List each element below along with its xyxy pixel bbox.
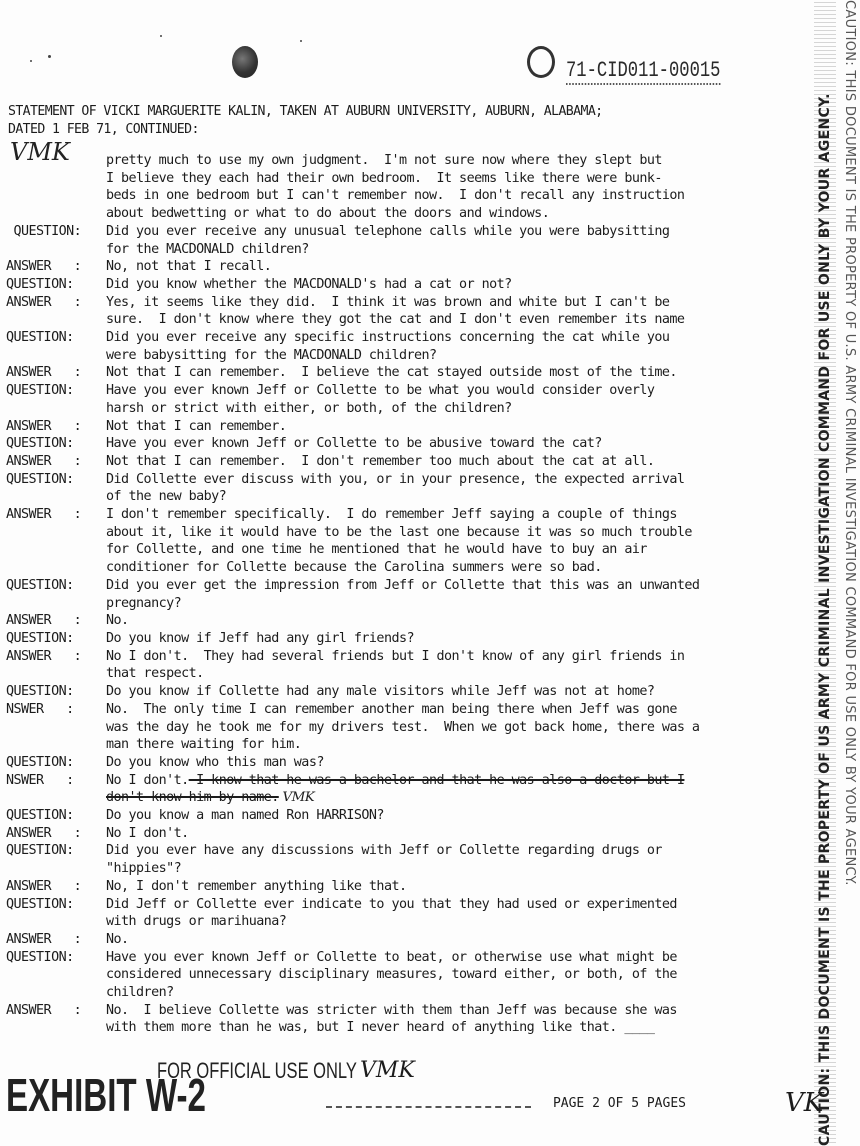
line-text: pretty much to use my own judgment. I'm … (106, 152, 811, 170)
struck-text: don't know him by name. (106, 790, 279, 805)
stamp-initials: VMK (360, 1058, 415, 1083)
transcript-line: with drugs or marihuana? (6, 913, 811, 931)
label-spacer (6, 152, 106, 170)
line-text: for Collette, and one time he mentioned … (106, 541, 811, 559)
transcript-line: sure. I don't know where they got the ca… (6, 311, 811, 329)
question-label: QUESTION: (6, 842, 106, 860)
label-spacer (6, 541, 106, 559)
question-label: QUESTION: (6, 276, 106, 294)
transcript-line: QUESTION:Did you ever have any discussio… (6, 842, 811, 860)
transcript-line: QUESTION:Do you know a man named Ron HAR… (6, 807, 811, 825)
line-text: No. (106, 931, 811, 949)
transcript-line: don't know him by name. VMK (6, 789, 811, 807)
transcript-line: pretty much to use my own judgment. I'm … (6, 152, 811, 170)
speck (300, 40, 302, 42)
line-text: Yes, it seems like they did. I think it … (106, 294, 811, 312)
caution-sidebar-mirror: CAUTION: THIS DOCUMENT IS THE PROPERTY O… (838, 0, 860, 1146)
line-text: No, not that I recall. (106, 258, 811, 276)
transcript-line: conditioner for Collette because the Car… (6, 559, 811, 577)
line-text: about it, like it would have to be the l… (106, 524, 811, 542)
struck-text: I know that he was a bachelor and that h… (189, 773, 685, 788)
line-text: Do you know who this man was? (106, 754, 811, 772)
answer-label: ANSWER : (6, 453, 106, 471)
transcript-line: "hippies"? (6, 860, 811, 878)
question-label: QUESTION: (6, 683, 106, 701)
transcript-line: beds in one bedroom but I can't remember… (6, 187, 811, 205)
transcript-line: harsh or strict with either, or both, of… (6, 400, 811, 418)
transcript-line: for Collette, and one time he mentioned … (6, 541, 811, 559)
line-text: Do you know a man named Ron HARRISON? (106, 807, 811, 825)
transcript-line: about bedwetting or what to do about the… (6, 205, 811, 223)
line-text: No. (106, 612, 811, 630)
transcript-line: ANSWER :Not that I can remember. (6, 418, 811, 436)
transcript-line: QUESTION:Did you ever receive any specif… (6, 329, 811, 347)
answer-label: NSWER : (6, 701, 106, 719)
transcript-line: QUESTION:Have you ever known Jeff or Col… (6, 435, 811, 453)
page-number: PAGE 2 OF 5 PAGES (553, 1096, 686, 1111)
line-text: Not that I can remember. (106, 418, 811, 436)
transcript-line: QUESTION:Did you ever get the impression… (6, 577, 811, 595)
line-text: No. I believe Collette was stricter with… (106, 1002, 811, 1020)
line-text: Did you ever get the impression from Jef… (106, 577, 811, 595)
label-spacer (6, 187, 106, 205)
line-text: were babysitting for the MACDONALD child… (106, 347, 811, 365)
transcript-line: ANSWER :No. (6, 931, 811, 949)
line-text: that respect. (106, 665, 811, 683)
answer-label: ANSWER : (6, 1002, 106, 1020)
transcript-line: QUESTION:Did Collette ever discuss with … (6, 471, 811, 489)
transcript-line: was the day he took me for my drivers te… (6, 719, 811, 737)
line-text: Have you ever known Jeff or Collette to … (106, 949, 811, 967)
label-spacer (6, 347, 106, 365)
line-text: I don't remember specifically. I do reme… (106, 506, 811, 524)
footer-rule (326, 1106, 531, 1108)
transcript-line: ANSWER :No. I believe Collette was stric… (6, 1002, 811, 1020)
transcript-line: for the MACDONALD children? (6, 241, 811, 259)
line-text: beds in one bedroom but I can't remember… (106, 187, 811, 205)
caution-text-mirror: CAUTION: THIS DOCUMENT IS THE PROPERTY O… (838, 0, 860, 1146)
line-text: Did you ever have any discussions with J… (106, 842, 811, 860)
label-spacer (6, 559, 106, 577)
transcript-line: pregnancy? (6, 595, 811, 613)
line-text: No I don't. (106, 825, 811, 843)
transcript-line: QUESTION:Did Jeff or Collette ever indic… (6, 896, 811, 914)
label-spacer (6, 1019, 106, 1037)
line-text: I believe they each had their own bedroo… (106, 170, 811, 188)
line-text: harsh or strict with either, or both, of… (106, 400, 811, 418)
line-text: for the MACDONALD children? (106, 241, 811, 259)
answer-label: ANSWER : (6, 612, 106, 630)
transcript-line: about it, like it would have to be the l… (6, 524, 811, 542)
transcript-line: ANSWER :No, not that I recall. (6, 258, 811, 276)
label-spacer (6, 488, 106, 506)
line-text: was the day he took me for my drivers te… (106, 719, 811, 737)
line-text: Did Collette ever discuss with you, or i… (106, 471, 811, 489)
question-label: QUESTION: (6, 630, 106, 648)
question-label: QUESTION: (6, 223, 106, 241)
line-text: with them more than he was, but I never … (106, 1019, 811, 1037)
line-text: No I don't. I know that he was a bachelo… (106, 772, 811, 790)
header-line-2: DATED 1 FEB 71, CONTINUED: (8, 122, 199, 137)
answer-label: ANSWER : (6, 418, 106, 436)
question-label: QUESTION: (6, 435, 106, 453)
answer-label: ANSWER : (6, 648, 106, 666)
line-text: Did you ever receive any specific instru… (106, 329, 811, 347)
question-answer-list: pretty much to use my own judgment. I'm … (6, 152, 811, 1037)
header-line-1: STATEMENT OF VICKI MARGUERITE KALIN, TAK… (8, 104, 603, 119)
question-label: QUESTION: (6, 754, 106, 772)
transcript-line: I believe they each had their own bedroo… (6, 170, 811, 188)
transcript-line: ANSWER :I don't remember specifically. I… (6, 506, 811, 524)
line-text: Do you know if Jeff had any girl friends… (106, 630, 811, 648)
label-spacer (6, 719, 106, 737)
question-label: QUESTION: (6, 329, 106, 347)
transcript-line: were babysitting for the MACDONALD child… (6, 347, 811, 365)
line-text: Did you know whether the MACDONALD's had… (106, 276, 811, 294)
line-text: conditioner for Collette because the Car… (106, 559, 811, 577)
label-spacer (6, 913, 106, 931)
label-spacer (6, 311, 106, 329)
speck (160, 35, 162, 37)
transcript-line: QUESTION:Have you ever known Jeff or Col… (6, 382, 811, 400)
line-text: with drugs or marihuana? (106, 913, 811, 931)
question-label: QUESTION: (6, 949, 106, 967)
line-text: children? (106, 984, 811, 1002)
line-text: man there waiting for him. (106, 736, 811, 754)
statement-header: STATEMENT OF VICKI MARGUERITE KALIN, TAK… (8, 103, 603, 139)
transcript-line: of the new baby? (6, 488, 811, 506)
transcript-line: that respect. (6, 665, 811, 683)
document-page: 71-CID011-00015 STATEMENT OF VICKI MARGU… (0, 0, 860, 1146)
line-text: No. The only time I can remember another… (106, 701, 811, 719)
label-spacer (6, 170, 106, 188)
answer-label: ANSWER : (6, 825, 106, 843)
answer-label: ANSWER : (6, 294, 106, 312)
line-text: Not that I can remember. I believe the c… (106, 364, 811, 382)
caution-text: CAUTION: THIS DOCUMENT IS THE PROPERTY O… (814, 0, 836, 1146)
answer-label: ANSWER : (6, 931, 106, 949)
transcript-line: ANSWER :No, I don't remember anything li… (6, 878, 811, 896)
label-spacer (6, 789, 106, 807)
question-label: QUESTION: (6, 382, 106, 400)
transcript-line: ANSWER :Not that I can remember. I don't… (6, 453, 811, 471)
transcript-line: ANSWER :No I don't. They had several fri… (6, 648, 811, 666)
label-spacer (6, 966, 106, 984)
line-text: considered unnecessary disciplinary meas… (106, 966, 811, 984)
transcript-line: QUESTION:Have you ever known Jeff or Col… (6, 949, 811, 967)
label-spacer (6, 860, 106, 878)
transcript-line: children? (6, 984, 811, 1002)
line-text: Have you ever known Jeff or Collette to … (106, 382, 811, 400)
transcript-line: ANSWER :No I don't. (6, 825, 811, 843)
transcript-line: QUESTION:Did you know whether the MACDON… (6, 276, 811, 294)
question-label: QUESTION: (6, 471, 106, 489)
label-spacer (6, 400, 106, 418)
line-text: don't know him by name. VMK (106, 789, 811, 807)
label-spacer (6, 984, 106, 1002)
transcript-line: NSWER :No I don't. I know that he was a … (6, 772, 811, 790)
line-text: No I don't. They had several friends but… (106, 648, 811, 666)
label-spacer (6, 524, 106, 542)
question-label: QUESTION: (6, 577, 106, 595)
line-text: "hippies"? (106, 860, 811, 878)
label-spacer (6, 595, 106, 613)
page-footer: PAGE 2 OF 5 PAGES (326, 1096, 686, 1111)
transcript-line: ANSWER :Yes, it seems like they did. I t… (6, 294, 811, 312)
line-text: of the new baby? (106, 488, 811, 506)
transcript-line: ANSWER :Not that I can remember. I belie… (6, 364, 811, 382)
line-text: sure. I don't know where they got the ca… (106, 311, 811, 329)
transcript-line: QUESTION:Do you know if Jeff had any gir… (6, 630, 811, 648)
answer-label: ANSWER : (6, 258, 106, 276)
signature-initials: VK (785, 1088, 823, 1118)
line-text: about bedwetting or what to do about the… (106, 205, 811, 223)
line-text: Do you know if Collette had any male vis… (106, 683, 811, 701)
line-text: Not that I can remember. I don't remembe… (106, 453, 811, 471)
transcript-line: man there waiting for him. (6, 736, 811, 754)
transcript-line: considered unnecessary disciplinary meas… (6, 966, 811, 984)
label-spacer (6, 205, 106, 223)
transcript-line: NSWER :No. The only time I can remember … (6, 701, 811, 719)
label-spacer (6, 665, 106, 683)
transcript-line: ANSWER :No. (6, 612, 811, 630)
correction-initials: VMK (279, 790, 314, 805)
answer-label: NSWER : (6, 772, 106, 790)
punch-hole-mark (232, 46, 258, 78)
transcript-line: QUESTION:Do you know who this man was? (6, 754, 811, 772)
caution-sidebar: CAUTION: THIS DOCUMENT IS THE PROPERTY O… (814, 0, 836, 1146)
line-text: Have you ever known Jeff or Collette to … (106, 435, 811, 453)
line-text: pregnancy? (106, 595, 811, 613)
transcript-line: QUESTION:Do you know if Collette had any… (6, 683, 811, 701)
answer-label: ANSWER : (6, 878, 106, 896)
punch-ring-mark (527, 46, 555, 78)
transcript-line: QUESTION:Did you ever receive any unusua… (6, 223, 811, 241)
speck (48, 55, 51, 58)
line-text: Did Jeff or Collette ever indicate to yo… (106, 896, 811, 914)
label-spacer (6, 736, 106, 754)
document-number: 71-CID011-00015 (566, 58, 720, 85)
speck (30, 60, 32, 62)
answer-label: ANSWER : (6, 506, 106, 524)
label-spacer (6, 241, 106, 259)
transcript-line: with them more than he was, but I never … (6, 1019, 811, 1037)
answer-label: ANSWER : (6, 364, 106, 382)
question-label: QUESTION: (6, 807, 106, 825)
line-text: Did you ever receive any unusual telepho… (106, 223, 811, 241)
question-label: QUESTION: (6, 896, 106, 914)
line-text: No, I don't remember anything like that. (106, 878, 811, 896)
official-use-stamp: FOR OFFICIAL USE ONLY (157, 1058, 357, 1084)
